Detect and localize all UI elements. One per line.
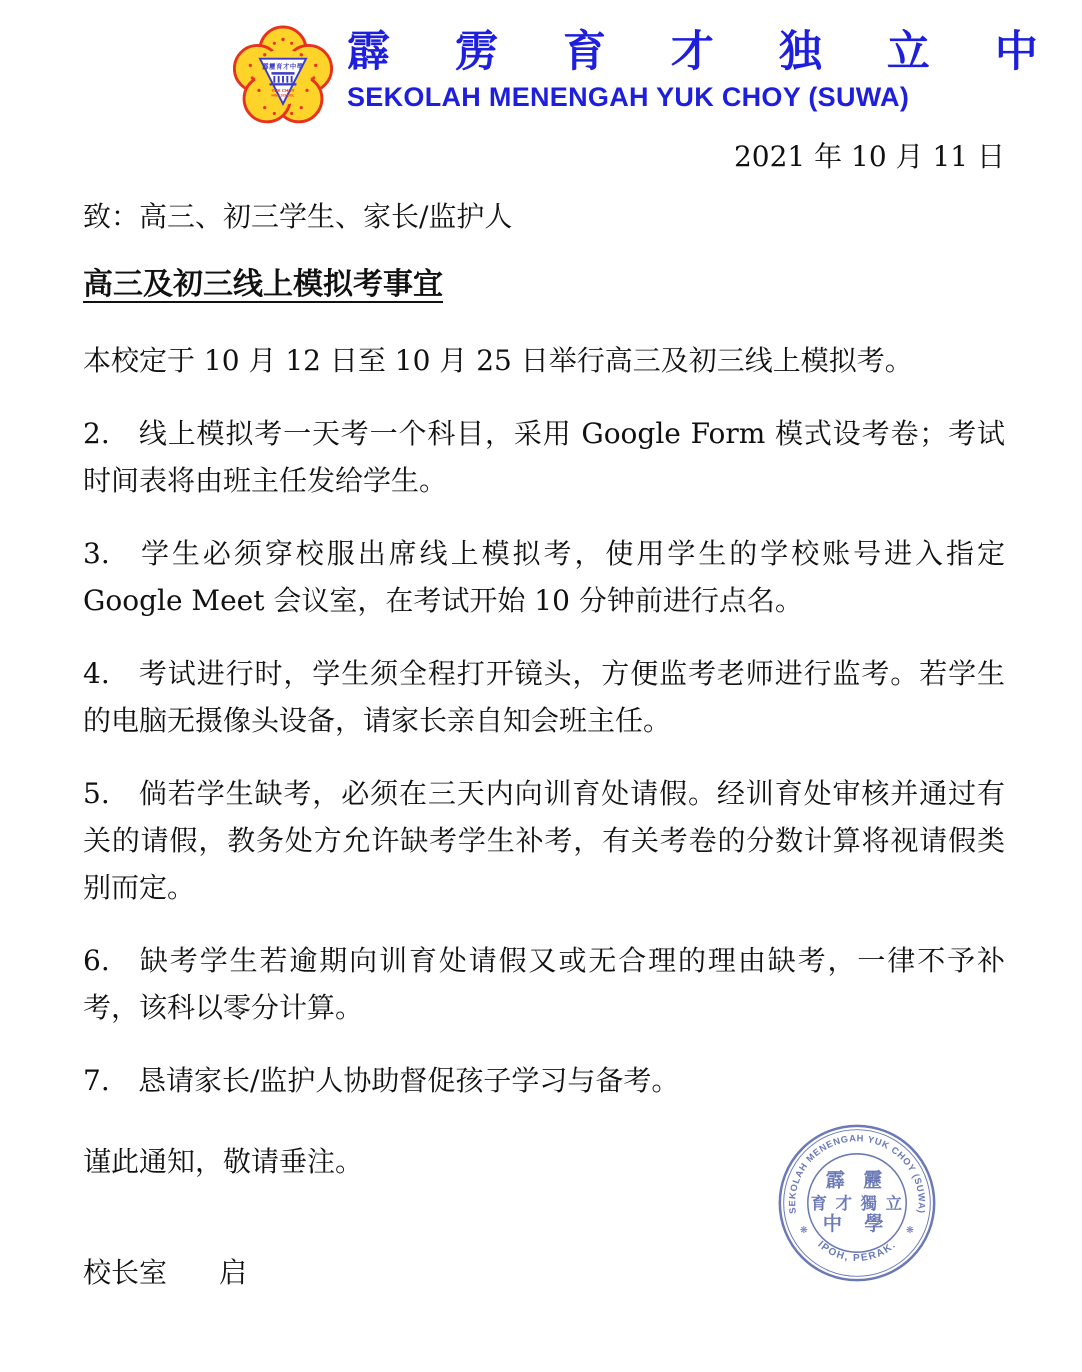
school-stamp-graphic: SEKOLAH MENENGAH YUK CHOY (SUWA) IPOH, P… — [775, 1120, 939, 1286]
paragraph-5: 5.倘若学生缺考，必须在三天内向训育处请假。经训育处审核并通过有关的请假，教务处… — [83, 770, 1005, 911]
school-logo-graphic: 霹靂育才中學 YUK CHOY HIGH SCHOOL — [233, 25, 333, 129]
paragraph-3: 3.学生必须穿校服出席线上模拟考，使用学生的学校账号进入指定 Google Me… — [83, 530, 1005, 624]
paragraph-2: 2.线上模拟考一天考一个科目，采用 Google Form 模式设考卷；考试时间… — [83, 410, 1005, 504]
paragraph-7: 7.恳请家长/监护人协助督促孩子学习与备考。 — [83, 1057, 1005, 1104]
subject-title: 高三及初三线上模拟考事宜 — [83, 263, 443, 307]
paragraph-number: 4. — [83, 650, 138, 697]
stamp-row1: 霹 靂 — [826, 1169, 889, 1192]
logo-subtext-2: HIGH SCHOOL — [272, 94, 295, 98]
letterhead: 霹靂育才中學 YUK CHOY HIGH SCHOOL 霹 雳 育 才 独 立 … — [233, 25, 1005, 133]
paragraph-text: 学生必须穿校服出席线上模拟考，使用学生的学校账号进入指定 Google Meet… — [83, 537, 1005, 617]
school-stamp: SEKOLAH MENENGAH YUK CHOY (SUWA) IPOH, P… — [775, 1120, 939, 1286]
paragraph-4: 4.考试进行时，学生须全程打开镜头，方便监考老师进行监考。若学生的电脑无摄像头设… — [83, 650, 1005, 744]
school-logo: 霹靂育才中學 YUK CHOY HIGH SCHOOL — [233, 25, 333, 131]
stamp-flower-icon: ❋ — [800, 1225, 808, 1236]
paragraph-text: 缺考学生若逾期向训育处请假又或无合理的理由缺考，一律不予补考，该科以零分计算。 — [83, 944, 1005, 1024]
logo-building-icon — [270, 72, 297, 85]
school-name-chinese: 霹 雳 育 才 独 立 中 学 — [347, 25, 1082, 79]
letterhead-titles: 霹 雳 育 才 独 立 中 学 SEKOLAH MENENGAH YUK CHO… — [347, 25, 1082, 113]
logo-banner-text: 霹靂育才中學 — [262, 61, 304, 70]
notice-document: 霹靂育才中學 YUK CHOY HIGH SCHOOL 霹 雳 育 才 独 立 … — [0, 0, 1082, 1372]
paragraph-number: 5. — [83, 770, 138, 817]
subject-row: 高三及初三线上模拟考事宜 — [83, 237, 1005, 307]
date-line: 2021 年 10 月 11 日 — [83, 137, 1005, 177]
paragraph-1: 本校定于 10 月 12 日至 10 月 25 日举行高三及初三线上模拟考。 — [83, 337, 1005, 384]
paragraph-number: 2. — [83, 410, 138, 457]
signature-office: 校长室 — [83, 1256, 167, 1289]
paragraph-text: 恳请家长/监护人协助督促孩子学习与备考。 — [138, 1064, 679, 1097]
recipient-line: 致：高三、初三学生、家长/监护人 — [83, 197, 1005, 237]
paragraph-number: 3. — [83, 530, 138, 577]
paragraph-number: 7. — [83, 1057, 138, 1104]
stamp-flower-icon: ❋ — [906, 1225, 914, 1236]
stamp-row3: 中 學 — [823, 1212, 891, 1235]
paragraph-text: 倘若学生缺考，必须在三天内向训育处请假。经训育处审核并通过有关的请假，教务处方允… — [83, 777, 1005, 904]
paragraph-6: 6.缺考学生若逾期向训育处请假又或无合理的理由缺考，一律不予补考，该科以零分计算… — [83, 937, 1005, 1031]
paragraph-text: 考试进行时，学生须全程打开镜头，方便监考老师进行监考。若学生的电脑无摄像头设备，… — [83, 657, 1005, 737]
signature-suffix: 启 — [219, 1256, 247, 1289]
school-name-english: SEKOLAH MENENGAH YUK CHOY (SUWA) — [347, 82, 1082, 113]
stamp-row2: 育 才 獨 立 — [811, 1194, 904, 1213]
paragraph-text: 线上模拟考一天考一个科目，采用 Google Form 模式设考卷；考试时间表将… — [83, 417, 1005, 497]
paragraph-number: 6. — [83, 937, 138, 984]
logo-subtext-1: YUK CHOY — [271, 88, 294, 93]
paragraph-text: 本校定于 10 月 12 日至 10 月 25 日举行高三及初三线上模拟考。 — [83, 344, 913, 377]
